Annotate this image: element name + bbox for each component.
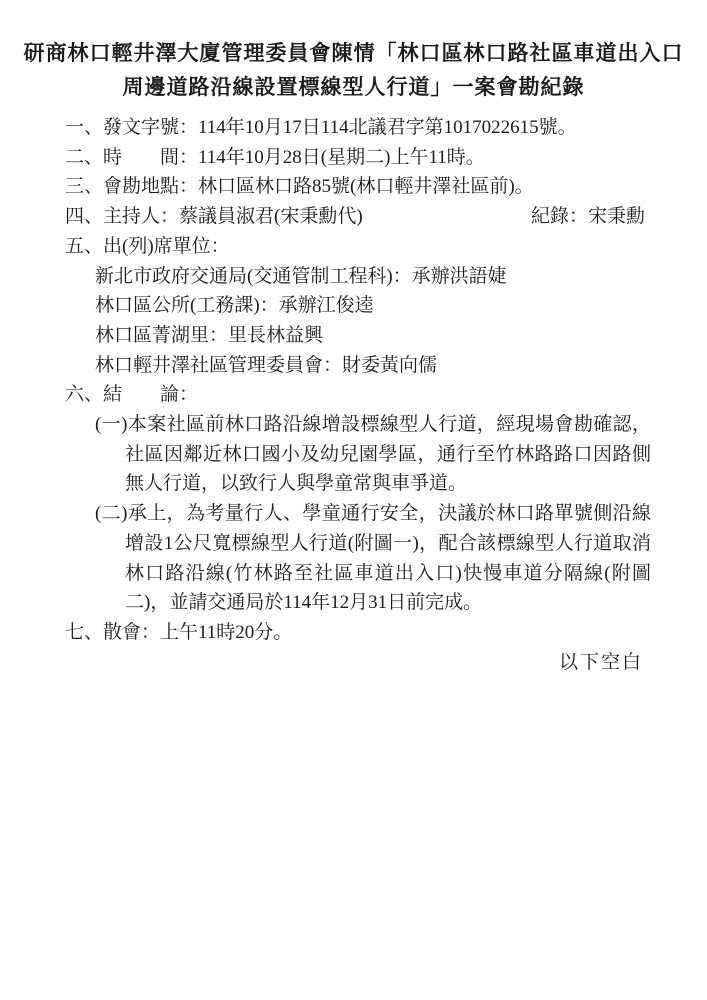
item-host: 四、主持人：蔡議員淑君(宋秉勳代) — [65, 202, 363, 232]
item-doc-number: 一、發文字號：114年10月17日114北議君字第1017022615號。 — [65, 113, 667, 143]
item-conclusion-heading: 六、結 論： — [65, 380, 667, 410]
conclusion-paragraph-1: (一)本案社區前林口路沿線增設標線型人行道，經現場會勘確認，社區因鄰近林口國小及… — [95, 410, 651, 499]
attendee-row: 林口輕井澤社區管理委員會：財委黃向儒 — [95, 351, 667, 381]
item-recorder: 紀錄：宋秉勳 — [531, 202, 645, 232]
item-location: 三、會勘地點：林口區林口路85號(林口輕井澤社區前)。 — [65, 172, 667, 202]
blank-below-note: 以下空白 — [0, 648, 643, 678]
document-title-line-2: 周邊道路沿線設置標線型人行道」一案會勘紀錄 — [0, 70, 707, 104]
attendee-row: 林口區公所(工務課)：承辦江俊逵 — [95, 291, 667, 321]
item-meeting-time: 二、時 間：114年10月28日(星期二)上午11時。 — [65, 143, 667, 173]
item-adjournment: 七、散會：上午11時20分。 — [65, 618, 667, 648]
document-title-line-1: 研商林口輕井澤大廈管理委員會陳情「林口區林口路社區車道出入口 — [0, 36, 707, 70]
document-page: 研商林口輕井澤大廈管理委員會陳情「林口區林口路社區車道出入口 周邊道路沿線設置標… — [0, 0, 707, 1000]
item-attendees-heading: 五、出(列)席單位： — [65, 232, 667, 262]
attendee-row: 新北市政府交通局(交通管制工程科)：承辦洪語婕 — [95, 262, 667, 292]
conclusion-paragraph-2: (二)承上，為考量行人、學童通行安全，決議於林口路單號側沿線增設1公尺寬標線型人… — [95, 499, 651, 618]
document-title: 研商林口輕井澤大廈管理委員會陳情「林口區林口路社區車道出入口 周邊道路沿線設置標… — [0, 0, 707, 104]
item-host-row: 四、主持人：蔡議員淑君(宋秉勳代) 紀錄：宋秉勳 — [65, 202, 645, 232]
document-body: 一、發文字號：114年10月17日114北議君字第1017022615號。 二、… — [0, 113, 707, 677]
attendee-row: 林口區菁湖里：里長林益興 — [95, 321, 667, 351]
